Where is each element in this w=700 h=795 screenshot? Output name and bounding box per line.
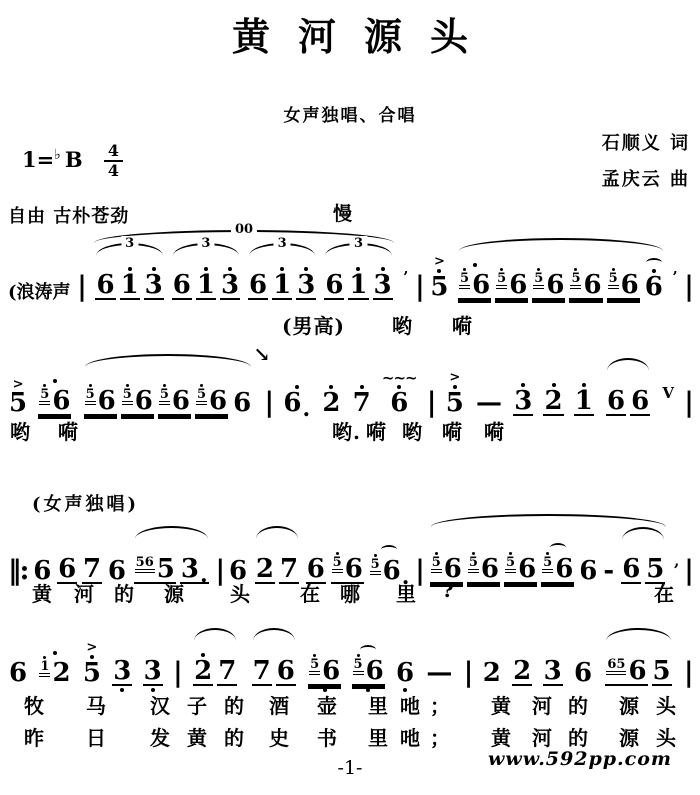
note-body: 56 [38, 384, 71, 416]
lyric: 头 [656, 690, 677, 719]
note-body: 7 [352, 390, 372, 416]
system-3: (女声独唱)‖:66765653.|62765656.|565656566-65… [6, 490, 694, 596]
note: 56 [121, 366, 154, 428]
note-body: 1 [272, 272, 292, 300]
note-number: — [426, 660, 452, 686]
lyric: 黄 [32, 578, 53, 607]
barline: | [684, 387, 692, 418]
note-body: 6 [395, 660, 415, 686]
note-number: 6 [98, 388, 116, 414]
tie-arc [550, 543, 566, 552]
grace-number: 5 [497, 272, 506, 285]
note-body: 6 [389, 390, 409, 416]
note-body: 1 [574, 388, 594, 416]
grace-number: 56 [136, 556, 154, 569]
slur-arc [85, 354, 252, 367]
note-number: 6 [135, 388, 153, 414]
note-number: 3 [297, 272, 315, 298]
lyric: 嗬 [452, 310, 473, 339]
lyric: 的 [568, 722, 589, 751]
slur-group: 565656566-65 [428, 512, 670, 596]
note-number: 6 [277, 658, 295, 684]
lyric: 源 [619, 722, 640, 751]
barline: | [77, 271, 85, 302]
note: 1 [348, 254, 368, 312]
note-number: 1 [349, 272, 367, 298]
grace-number: 1 [40, 660, 49, 673]
slur-group: 27 [253, 524, 301, 596]
note-number: 6 [622, 556, 640, 582]
note-body: 1 [196, 272, 216, 300]
grace-note: 5 [332, 552, 343, 573]
note-number: 3 [221, 272, 239, 298]
note-body: 1 [120, 272, 140, 300]
note-number: 6 [631, 388, 649, 414]
grace-number: 5 [333, 556, 342, 569]
note-body: 6 [606, 388, 626, 416]
note-body: 56 [308, 654, 341, 686]
grace-number: 5 [160, 388, 169, 401]
note-body: 56 [504, 552, 537, 584]
barline: | [684, 657, 692, 688]
slur-group: 76 [250, 626, 298, 698]
note-body: 6 [248, 272, 268, 300]
grace-number: 5 [609, 272, 618, 285]
note: - [602, 540, 615, 596]
note-body: 2 [543, 388, 563, 416]
note-number: 1 [121, 272, 139, 298]
note: 6. [282, 372, 311, 428]
watermark-url: www.592pp.com [488, 748, 672, 770]
note-body: 6. [282, 390, 311, 416]
below-decorations [120, 686, 124, 698]
note: 2 [543, 370, 563, 428]
note-body: 5 [445, 390, 465, 416]
note-number: 6 [9, 660, 27, 686]
grace-note: 5 [459, 268, 470, 289]
note-body: 56 [84, 384, 117, 416]
lyric: 发 [150, 722, 171, 751]
group-label: 3 [197, 236, 214, 251]
note: 56 [458, 250, 491, 312]
note-body: 56 [352, 654, 385, 686]
grace-note: 5 [505, 552, 516, 573]
lyric: 嗬 [58, 416, 79, 445]
grace-number: 5 [460, 272, 469, 285]
lyric: 源 [164, 578, 185, 607]
lyric: 的 [114, 578, 135, 607]
fall-arrow-icon: ↘ [253, 342, 270, 366]
grace-note: 5 [159, 384, 170, 405]
note-body: 56 [607, 268, 640, 300]
note: 56 [569, 250, 602, 312]
triplet-group: 3613 [246, 242, 318, 312]
note-decorations [550, 534, 566, 552]
note-number: 2 [256, 556, 274, 582]
note-body: 7 [279, 556, 299, 584]
note-body: 3 [296, 272, 316, 300]
lyric: 日 [86, 722, 107, 751]
barline: | [415, 271, 423, 302]
note-body: 56 [195, 384, 228, 416]
lyric: 哟 [392, 310, 413, 339]
lyric: 源 [619, 690, 640, 719]
lyric: 书 [317, 722, 338, 751]
note: 1 [272, 254, 292, 312]
note-number: 3 [544, 658, 562, 684]
note-body: 12 [38, 656, 71, 686]
note-number: 3 [113, 658, 131, 684]
lyric: 里 [396, 578, 417, 607]
note: 6 [324, 254, 344, 312]
slur-group: 6565 [603, 626, 673, 698]
note: 3 [373, 254, 393, 312]
note-body: 56 [495, 268, 528, 300]
note-body: 5 [652, 658, 672, 686]
grace-note: 5 [196, 384, 207, 405]
accent-mark: > [449, 373, 460, 383]
note-body: 6 [95, 272, 115, 300]
note: 56 [158, 366, 191, 428]
note-body: 3 [143, 658, 163, 686]
note-body: — [425, 660, 453, 686]
lyric: 马 [86, 690, 107, 719]
barline: | [173, 657, 181, 688]
lyric: 黄 [187, 722, 208, 751]
note-body: 5 [429, 274, 449, 300]
note: 6 [606, 370, 626, 428]
note-body: 56 [121, 384, 154, 416]
tie-arc [381, 545, 397, 554]
note-number: 1 [197, 272, 215, 298]
grace-note: 5 [608, 268, 619, 289]
note-body: 6 [630, 388, 650, 416]
note: 6 [232, 372, 252, 428]
note: 3 [513, 370, 533, 428]
slur-arc [194, 628, 236, 641]
note: 56 [308, 636, 341, 698]
note-body: 3 [513, 388, 533, 416]
note-body: 2 [255, 556, 275, 584]
note-number: 5 [9, 390, 27, 416]
note-number: 6 [52, 388, 70, 414]
note: 1 [120, 254, 140, 312]
lyric: 黄 [491, 722, 512, 751]
lyric: 嗬 [484, 416, 505, 445]
note: 3 [144, 254, 164, 312]
grace-number: 5 [371, 558, 380, 571]
note-number: 3 [144, 658, 162, 684]
breath-mark: V [662, 384, 674, 402]
barline: ‖: [8, 555, 27, 586]
grace-note: 56 [135, 556, 155, 573]
grace-note: 5 [85, 384, 96, 405]
note-body: 2 [321, 390, 341, 416]
sheet-music-page: 黄河源头 女声独唱、合唱 1=♭B 4 4 石顺义 词 孟庆云 曲 自由 古朴苍… [0, 0, 700, 795]
grace-number: 5 [432, 556, 441, 569]
lyric: 黄 [491, 690, 512, 719]
note-body: - [602, 558, 615, 584]
note-number: 7 [218, 658, 236, 684]
note: 7 [279, 538, 299, 596]
note-decorations [360, 636, 376, 654]
barline: | [684, 555, 692, 586]
note-number: 6 [607, 388, 625, 414]
note-body: 2 [512, 658, 532, 686]
note-number: 2 [52, 660, 70, 686]
note: 6 [578, 540, 598, 596]
note-body: 7 [217, 658, 237, 686]
group-label: 00 [231, 222, 257, 237]
note-number: 3 [145, 272, 163, 298]
note-number: 6 [621, 272, 639, 298]
note-number: 6 [396, 660, 414, 686]
breath-mark: ’ [403, 268, 408, 286]
grace-note: 5 [542, 552, 553, 573]
lyric: (男高) [282, 310, 345, 339]
grace-number: 5 [534, 272, 543, 285]
system-4: 612>533|277656566—|22366565|牧马汉子的酒壶里吔；黄河… [6, 626, 694, 698]
note-body: 3 [144, 272, 164, 300]
grace-number: 5 [123, 388, 132, 401]
music-notation: (浪涛声|003613361336133613’|>556565656566’|… [0, 0, 700, 795]
barline: | [264, 387, 272, 418]
note-number: 7 [253, 658, 271, 684]
note-number: 3 [514, 388, 532, 414]
octave-dot [53, 379, 57, 383]
slur-arc [459, 238, 663, 251]
note-number: 6 [390, 390, 408, 416]
accent-mark: > [86, 643, 97, 653]
lyric: 嗬 [442, 416, 463, 445]
group-label: 3 [274, 236, 291, 251]
octave-dot [473, 263, 477, 267]
note-body: 1 [348, 272, 368, 300]
grace-note: 5 [468, 552, 479, 573]
note-body: 56 [458, 268, 491, 300]
lyric: 史 [269, 722, 290, 751]
lyric: 牧 [24, 690, 45, 719]
note: 2 [512, 640, 532, 698]
note: 56 [195, 366, 228, 428]
note-body: 6 [324, 272, 344, 300]
lyric: 汉 [150, 690, 171, 719]
note-number: 6 [283, 390, 301, 416]
note-body: 7 [252, 658, 272, 686]
mordent-icon: ~~~ [382, 374, 417, 383]
note-body: 6 [232, 390, 252, 416]
grace-note: 5 [431, 552, 442, 573]
slur-arc [253, 628, 295, 641]
grace-number: 65 [607, 658, 625, 671]
slur-group: 003613361336133613 [91, 228, 396, 312]
note: 56 [541, 534, 574, 596]
note-body: 3 [543, 658, 563, 686]
notes-row: 612>533|277656566—|22366565| [6, 626, 694, 698]
system-2: >556↘565656566|6.27~~~6|>5—32166V|哟嗬哟.嗬哟… [6, 352, 694, 428]
lyric: ? [442, 578, 455, 602]
note-body: 6 [644, 274, 664, 300]
slur-arc [606, 628, 670, 641]
lyric: 河 [532, 690, 553, 719]
note-body: 56 [541, 552, 574, 584]
lyric: ； [430, 722, 451, 751]
note-number: 5 [446, 390, 464, 416]
lyric: 吔 [400, 722, 421, 751]
note: 56 [352, 636, 385, 698]
slur-group: 27 [191, 626, 239, 698]
triplet-group: 3613 [322, 242, 394, 312]
lyric: 嗬 [366, 416, 387, 445]
note-number: 2 [513, 658, 531, 684]
note-number: 5 [83, 660, 101, 686]
grace-note: 5 [309, 654, 320, 675]
lyric: 的 [224, 722, 245, 751]
breath-mark: ’ [672, 268, 677, 286]
slur-arc [256, 526, 298, 539]
note-number: 6 [583, 272, 601, 298]
barline: | [684, 271, 692, 302]
grace-number: 5 [469, 556, 478, 569]
note: 56 [504, 534, 537, 596]
note-body: 56 [158, 384, 191, 416]
note-number: 6 [645, 274, 663, 300]
note-body: 6 [578, 558, 598, 584]
note-body: 6 [276, 658, 296, 686]
note: 12 [38, 638, 71, 698]
barline: | [215, 555, 223, 586]
barline: | [427, 387, 435, 418]
note-number: 6 [518, 556, 536, 582]
lyric: 里 [368, 722, 389, 751]
lyric: 哪 [340, 578, 361, 607]
note: 3 [112, 640, 132, 698]
note: 2 [255, 538, 275, 596]
note-number: 5 [653, 658, 671, 684]
grace-note: 5 [570, 268, 581, 289]
note-number: - [603, 558, 614, 584]
grace-note: 5 [496, 268, 507, 289]
lyric: 头 [230, 578, 251, 607]
lyric: 在 [300, 578, 321, 607]
note-body: 6 [573, 660, 593, 686]
note-number: — [476, 390, 502, 416]
accent-mark: > [434, 257, 445, 267]
tie-arc [646, 258, 662, 267]
triplet-group: 3613 [170, 242, 242, 312]
grace-number: 5 [571, 272, 580, 285]
note-number: 6 [249, 272, 267, 298]
note-number: 6 [322, 658, 340, 684]
note-number: 6 [574, 660, 592, 686]
breath-mark: , [674, 552, 679, 570]
note-number: 6 [546, 272, 564, 298]
grace-note: 5 [533, 268, 544, 289]
note-number: 2 [194, 658, 212, 684]
grace-note: 5 [353, 654, 364, 675]
group-label: 3 [350, 236, 367, 251]
lyric: 哟. [332, 416, 361, 445]
note-number: 6 [555, 556, 573, 582]
note: 6 [630, 370, 650, 428]
note-number: 6 [233, 390, 251, 416]
note-number: 6 [96, 272, 114, 298]
tie-arc [360, 645, 376, 654]
note-body: 3 [112, 658, 132, 686]
note-decorations [53, 366, 57, 384]
note-body: 3 [220, 272, 240, 300]
note-decorations [381, 536, 397, 554]
note-body: 56 [467, 552, 500, 584]
note-number: 1 [575, 388, 593, 414]
note-number: 6 [366, 658, 384, 684]
note: 3 [296, 254, 316, 312]
grace-number: 5 [506, 556, 515, 569]
note: 6 [248, 254, 268, 312]
triplet-group: 3613 [93, 242, 165, 312]
note-decorations [473, 250, 477, 268]
lyric: 河 [74, 578, 95, 607]
note: 1 [196, 254, 216, 312]
note: 56 [607, 250, 640, 312]
note: 56 [495, 250, 528, 312]
note: 6 [644, 256, 664, 312]
slur-arc [622, 527, 664, 540]
lyric: 昨 [24, 722, 45, 751]
note-body: 5 [82, 660, 102, 686]
note-body: — [475, 390, 503, 416]
note-body: 6 [172, 272, 192, 300]
note-number: 6 [628, 658, 646, 684]
octave-dot [53, 651, 57, 655]
notes-row: (浪涛声|003613361336133613’|>556565656566’| [6, 228, 694, 312]
note-body: 656 [605, 658, 647, 686]
system-1: (浪涛声|003613361336133613’|>556565656566’|… [6, 228, 694, 312]
note-number: 6 [172, 388, 190, 414]
note-number: 6 [472, 272, 490, 298]
lyric: 的 [568, 690, 589, 719]
grace-note: 5 [39, 384, 50, 405]
grace-number: 5 [197, 388, 206, 401]
low-octave-dot [120, 688, 124, 692]
slur-group: 56565656566 [456, 236, 666, 312]
note-decorations [53, 638, 57, 656]
grace-number: 5 [310, 658, 319, 671]
note: 6 [621, 538, 641, 596]
note: 56 [532, 250, 565, 312]
note-body: 2 [482, 660, 502, 686]
note: 6 [95, 254, 115, 312]
voice-label: (女声独唱) [32, 490, 139, 516]
group-label: 3 [121, 236, 138, 251]
note-number: 7 [280, 556, 298, 582]
lyric: 哟 [10, 416, 31, 445]
note-number: 5 [430, 274, 448, 300]
note-body: 2 [193, 658, 213, 686]
note-number: 2 [322, 390, 340, 416]
augmentation-dot: . [200, 568, 208, 582]
grace-number: 5 [543, 556, 552, 569]
note: 3 [220, 254, 240, 312]
note-number: 2 [544, 388, 562, 414]
lyric: 酒 [269, 690, 290, 719]
lyric: 的 [224, 690, 245, 719]
note-body: 6 [621, 556, 641, 584]
note-number: 6 [209, 388, 227, 414]
note-body: 6 [8, 660, 28, 686]
barline: | [464, 657, 472, 688]
lyric: 里 [368, 690, 389, 719]
